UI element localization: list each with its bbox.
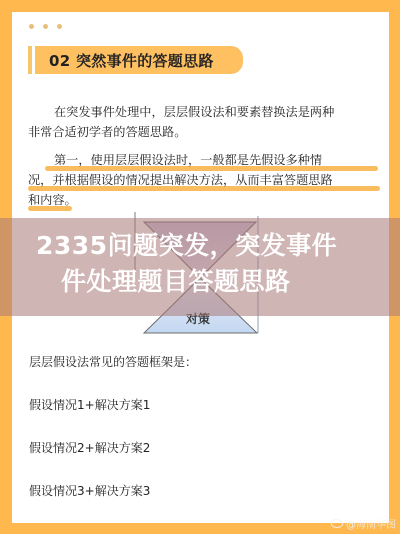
overlay-title: 2335问题突发，突发事件 件处理题目答题思路 [36, 228, 366, 300]
weibo-icon [331, 519, 343, 528]
overlay-title-line-2: 件处理题目答题思路 [36, 264, 366, 300]
watermark: @海南华图 [331, 516, 396, 531]
framework-item: 假设情况1+解决方案1 [29, 396, 150, 413]
framework-item: 假设情况3+解决方案3 [29, 482, 150, 499]
framework-intro: 层层假设法常见的答题框架是： [29, 353, 197, 370]
framework-item: 假设情况2+解决方案2 [29, 439, 150, 456]
watermark-text: @海南华图 [346, 516, 396, 531]
overlay-title-line-1: 2335问题突发，突发事件 [36, 231, 337, 260]
